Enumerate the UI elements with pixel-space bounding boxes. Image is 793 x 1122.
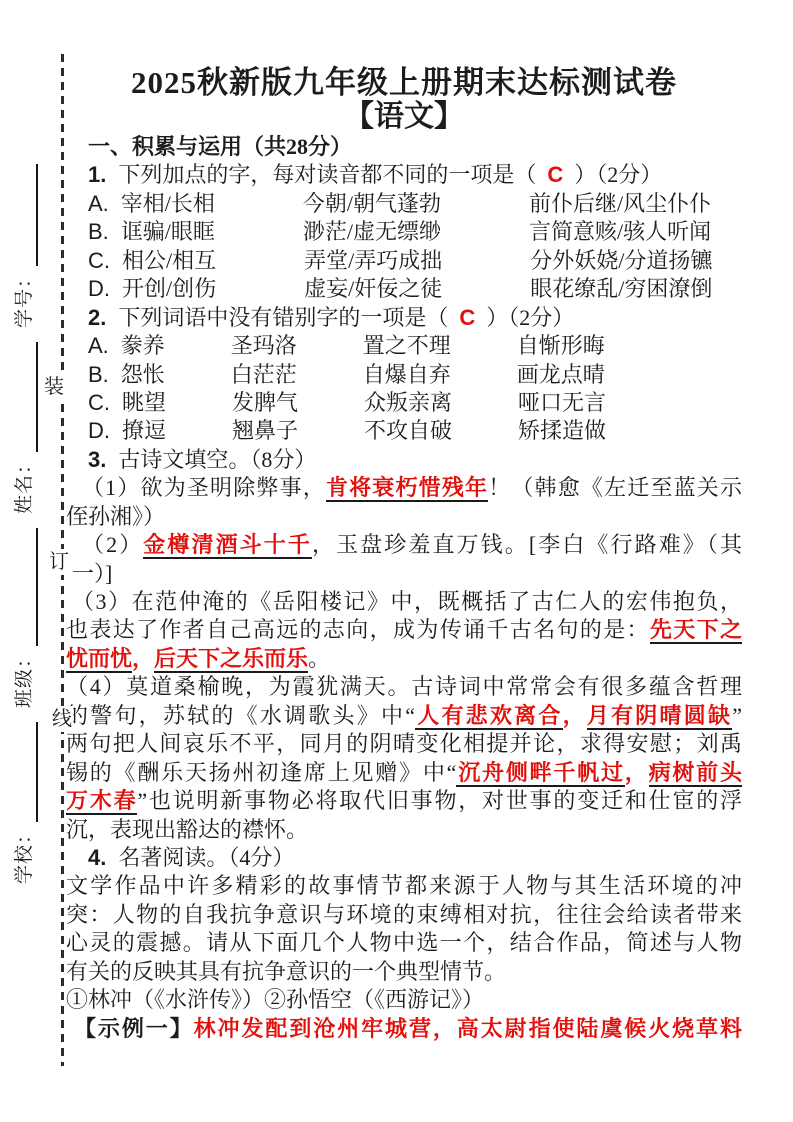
question-text: 豢养 圣玛洛 置之不理 自惭形晦 [121,333,605,358]
answer-text: 忧而忧 [66,646,132,673]
binding-field-blank [14,528,38,646]
binding-spine-char: 订 [48,549,70,575]
text-line: 突：人物的自我抗争意识与环境的束缚相对抗，往往会给读者带来 [66,901,742,929]
question-text: 也表达了作者自己高远的志向，成为传诵千古名句的是： [66,617,650,642]
question-text: 名著阅读。（4分） [118,845,294,870]
binding-spine-char: 装 [43,374,65,400]
answer-text: 病树前头 [649,760,742,787]
answer-text: 金樽清酒斗十千 [143,532,312,559]
list-marker: B. [88,219,109,244]
text-line: 两句把人间哀乐不平，同月的阴晴变化相提并论，求得安慰；刘禹 [66,730,742,758]
answer-text: 月有阴晴圆缺 [587,703,732,730]
question-text: 诓骗/眼眶 渺茫/虚无缥缈 言简意赅/骇人听闻 [121,219,711,244]
exam-title: 2025秋新版九年级上册期末达标测试卷 [66,66,742,100]
question-text: 的警句，苏轼的《水调歌头》中“ [66,703,415,728]
question-text: 锡的《酬乐天扬州初逢席上见赠》中“ [66,760,456,785]
answer-text: C [547,162,563,187]
question-text: 有关的反映其具有抗争意识的一个典型情节。 [66,959,506,984]
list-marker: 1. [88,162,106,187]
text-line: C.眺望 发脾气 众叛亲离 哑口无言 [66,389,742,417]
question-text: 下列词语中没有错别字的一项是（ [118,305,459,330]
question-text: 【示例一】 [74,1016,194,1041]
question-text: 两句把人间哀乐不平，同月的阴晴变化相提并论，求得安慰；刘禹 [66,731,742,756]
list-marker: 4. [88,845,106,870]
answer-text: 沉舟侧畔千帆过 [456,760,624,787]
text-line: ①林冲（《水浒传》）②孙悟空（《西游记》） [66,986,742,1014]
text-line: D.开创/创伤 虚妄/奸佞之徒 眼花缭乱/穷困潦倒 [66,275,742,303]
binding-field-blank [14,164,38,266]
text-line: 万木春”也说明新事物必将取代旧事物，对世事的变迁和仕宦的浮 [66,787,742,815]
question-text: （3）在范仲淹的《岳阳楼记》中，既概括了古仁人的宏伟抱负， [72,589,742,614]
question-text: 沉，表现出豁达的襟怀。 [66,817,308,842]
text-line: （3）在范仲淹的《岳阳楼记》中，既概括了古仁人的宏伟抱负， [66,588,742,616]
question-text: 一、积累与运用（共28分） [88,134,352,159]
question-text: 怨怅 白茫茫 自爆自弃 画龙点晴 [121,362,605,387]
answer-text: ， [563,703,587,728]
answer-text: ， [625,760,649,785]
answer-text: C [459,305,475,330]
question-text: 撩逗 翘鼻子 不攻自破 矫揉造做 [122,418,606,443]
question-text: 。 [308,646,330,671]
text-line: 心灵的震撼。请从下面几个人物中选一个，结合作品，简述与人物 [66,929,742,957]
question-text: ）（2分） [475,305,574,330]
binding-field-label: 姓名： [12,454,38,514]
text-line: 一）] [66,560,742,588]
question-text: ）（2分） [563,162,662,187]
list-marker: C. [88,390,110,415]
question-text: 相公/相互 弄堂/弄巧成拙 分外妖娆/分道扬镳 [122,248,712,273]
text-line: A.宰相/长相 今朝/朝气蓬勃 前仆后继/风尘仆仆 [66,190,742,218]
text-line: 锡的《酬乐天扬州初逢席上见赠》中“沉舟侧畔千帆过，病树前头 [66,759,742,787]
binding-field-blank [14,342,38,452]
text-line: 有关的反映其具有抗争意识的一个典型情节。 [66,958,742,986]
question-text: 一）] [72,561,112,586]
binding-field-label: 班级： [12,648,38,708]
binding-spine-char: 线 [51,706,73,732]
answer-text: 先天下之 [650,617,742,644]
text-line: 的警句，苏轼的《水调歌头》中“人有悲欢离合，月有阴晴圆缺” [66,702,742,730]
binding-field: 学校： [12,722,38,884]
list-marker: 3. [88,447,106,472]
text-line: 3.古诗文填空。（8分） [66,446,742,474]
answer-text: 人有悲欢离合 [415,703,563,730]
question-text: 宰相/长相 今朝/朝气蓬勃 前仆后继/风尘仆仆 [121,191,711,216]
question-text: 下列加点的字，每对读音都不同的一项是（ [118,162,547,187]
list-marker: B. [88,362,109,387]
binding-field-blank [14,722,38,822]
binding-field-label: 学校： [12,824,38,884]
binding-field: 学号： [12,164,38,328]
text-line: 侄孙湘》） [66,503,742,531]
question-text: ！（韩愈《左迁至蓝关示 [488,475,742,500]
list-marker: A. [88,333,109,358]
answer-text: 万木春 [66,788,137,815]
answer-text: ， [132,646,154,671]
question-text: ”也说明新事物必将取代旧事物，对世事的变迁和仕宦的浮 [137,788,742,813]
question-text: 突：人物的自我抗争意识与环境的束缚相对抗，往往会给读者带来 [66,902,742,927]
binding-field: 班级： [12,528,38,708]
list-marker: D. [88,418,110,443]
binding-fill-in-strip: 学校：班级：姓名：学号： [4,156,38,884]
text-line: 也表达了作者自己高远的志向，成为传诵千古名句的是：先天下之 [66,616,742,644]
question-text: 眺望 发脾气 众叛亲离 哑口无言 [122,390,606,415]
text-line: （2）金樽清酒斗十千，玉盘珍羞直万钱。[李白《行路难》（其 [66,531,742,559]
text-line: 1.下列加点的字，每对读音都不同的一项是（ C ）（2分） [66,161,742,189]
exam-content: 2025秋新版九年级上册期末达标测试卷 【语文】 一、积累与运用（共28分）1.… [66,60,742,1043]
list-marker: D. [88,276,110,301]
list-marker: 2. [88,305,106,330]
text-line: 沉，表现出豁达的襟怀。 [66,816,742,844]
text-line: B.怨怅 白茫茫 自爆自弃 画龙点晴 [66,361,742,389]
question-text: （4）莫道桑榆晚，为霞犹满天。古诗词中常常会有很多蕴含哲理 [66,674,742,699]
text-line: A.豢养 圣玛洛 置之不理 自惭形晦 [66,332,742,360]
text-line: （4）莫道桑榆晚，为霞犹满天。古诗词中常常会有很多蕴含哲理 [66,673,742,701]
question-text: 文学作品中许多精彩的故事情节都来源于人物与其生活环境的冲 [66,873,742,898]
text-line: D.撩逗 翘鼻子 不攻自破 矫揉造做 [66,417,742,445]
binding-field-label: 学号： [12,268,38,328]
text-line: 2.下列词语中没有错别字的一项是（ C ）（2分） [66,304,742,332]
answer-text: 肯将衰朽惜残年 [326,475,488,502]
text-line: 忧而忧，后天下之乐而乐。 [66,645,742,673]
text-line: C.相公/相互 弄堂/弄巧成拙 分外妖娆/分道扬镳 [66,247,742,275]
exam-paper-page: { "page": { "title_line1": "2025秋新版九年级上册… [0,0,793,1122]
list-marker: C. [88,248,110,273]
text-line: 文学作品中许多精彩的故事情节都来源于人物与其生活环境的冲 [66,872,742,900]
answer-text: 林冲发配到沧州牢城营，高太尉指使陆虞候火烧草料 [194,1016,742,1041]
answer-text: 后天下之乐而乐 [154,646,308,673]
question-text: 古诗文填空。（8分） [118,447,316,472]
question-text: ①林冲（《水浒传》）②孙悟空（《西游记》） [66,987,484,1012]
text-line: 【示例一】林冲发配到沧州牢城营，高太尉指使陆虞候火烧草料 [66,1015,742,1043]
text-line: （1）欲为圣明除弊事，肯将衰朽惜残年！（韩愈《左迁至蓝关示 [66,474,742,502]
question-text: （2） [82,532,143,557]
text-line: B.诓骗/眼眶 渺茫/虚无缥缈 言简意赅/骇人听闻 [66,218,742,246]
list-marker: A. [88,191,109,216]
question-text: 开创/创伤 虚妄/奸佞之徒 眼花缭乱/穷困潦倒 [122,276,712,301]
exam-subject-title: 【语文】 [66,100,742,133]
question-text: 心灵的震撼。请从下面几个人物中选一个，结合作品，简述与人物 [66,930,742,955]
question-text: （1）欲为圣明除弊事， [82,475,326,500]
question-text: ，玉盘珍羞直万钱。[李白《行路难》（其 [312,532,742,557]
text-line: 一、积累与运用（共28分） [66,133,742,161]
content-lines: 一、积累与运用（共28分）1.下列加点的字，每对读音都不同的一项是（ C ）（2… [66,133,742,1043]
binding-field: 姓名： [12,342,38,514]
question-text: 侄孙湘》） [66,504,165,529]
text-line: 4.名著阅读。（4分） [66,844,742,872]
question-text: ” [732,703,742,728]
